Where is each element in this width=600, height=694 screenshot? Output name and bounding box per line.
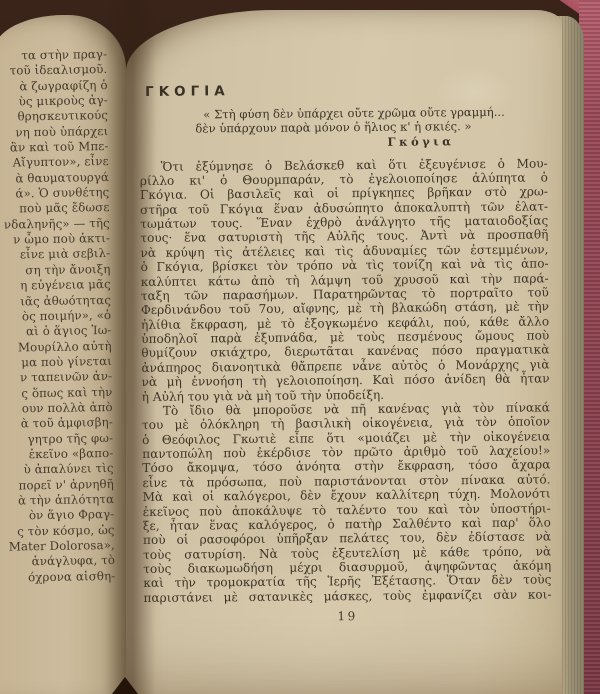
left-page-line: ἐκεῖνο «βαπο- (6, 446, 113, 463)
right-page-content: ΓΚΟΓΙΑ « Στὴ φύση δὲν ὑπάρχει οὔτε χρῶμα… (139, 80, 552, 625)
left-page-line: ά». Ὁ συνθέτης (2, 185, 109, 202)
left-page-line: πορεῖ ν' ἀρνηθῆ (7, 477, 114, 494)
left-page-line: τοῦ ἰδεαλισμοῦ. (0, 62, 107, 79)
open-book-photo: τα στὴν πραγ-τοῦ ἰδεαλισμοῦ.ὰ ζωγραφίζη … (0, 0, 600, 694)
left-page-line: η εὐγένεια μᾶς (4, 277, 111, 294)
left-page-line: μα ποὺ γίνεται (5, 354, 112, 371)
left-page-line: όχρονα αἰσθη- (8, 569, 115, 586)
left-page-line: ὰ τὴν ἁπλότητα (7, 492, 114, 509)
left-page-line: ὰ θαυματουργά (2, 170, 109, 187)
left-page-line: ὺς μικροὺς ἀγ- (1, 93, 108, 110)
left-page-line: εἶνε μιὰ σεβιλ- (3, 246, 110, 263)
left-page-line: ὸς ποιμήν», «ὁ (4, 308, 111, 325)
left-page-line: νδαληνῆς» — τῆς (3, 216, 110, 233)
left-page-line: θρησκευτικούς (1, 108, 108, 125)
left-page-line: ὰ ζωγραφίζη ὁ (0, 78, 107, 95)
left-page-line: ιᾶς ἀθωότητας (4, 292, 111, 309)
left-page-line: ἀνάγλυφα, τὸ (8, 553, 115, 570)
left-page-line: ποὺ μᾶς ἔδωσε (2, 200, 109, 217)
left-page-line: ς ὅπως καὶ τὴν (5, 385, 112, 402)
left-page-line: Mater Dolorosa», (8, 538, 115, 555)
epigraph: « Στὴ φύση δὲν ὑπάρχει οὔτε χρῶμα οὔτε γ… (139, 104, 547, 151)
left-page-line: τα στὴν πραγ- (0, 47, 107, 64)
left-page-line: νη ποὺ ὑπάρχει (1, 124, 108, 141)
gutter-bottom-notch (112, 677, 138, 694)
left-page-line: ουν πολλὰ ἀπὸ (6, 400, 113, 417)
left-page-line: ὸν ἅγιο Φραγ- (7, 507, 114, 524)
left-page-line: αὶ ὁ ἅγιος Ἰω- (4, 323, 111, 340)
body-text: Ὅτι ἐξύμνησε ὁ Βελάσκεθ καὶ ὅτι ἐξευγένι… (140, 156, 552, 605)
left-page-line: Αἴγυπτον», εἶνε (2, 154, 109, 171)
left-page-line: γητρο τῆς φω- (6, 431, 113, 448)
left-page-line: ὺ ἀπαλύνει τὶς (7, 461, 114, 478)
left-page-line: ν ταπεινῶν ἀν- (5, 369, 112, 386)
left-page-line: ὰ τοῦ ἀμφισβη- (6, 415, 113, 432)
left-page-line: ση τὴν ἄνοιξη (3, 262, 110, 279)
left-page-line: Μουρίλλο αὐτὴ (5, 338, 112, 355)
body-line: παριστάνει μὲ σατανικὲς μάσκες, τοὺς ἐμφ… (143, 587, 551, 605)
epigraph-attribution: Γκόγια (387, 134, 547, 150)
left-page-line: ς τὸν κόσμο, ὡς (7, 523, 114, 540)
chapter-title: ΓΚΟΓΙΑ (145, 80, 547, 100)
left-page-text-fragments: τα στὴν πραγ-τοῦ ἰδεαλισμοῦ.ὰ ζωγραφίζη … (0, 47, 115, 586)
